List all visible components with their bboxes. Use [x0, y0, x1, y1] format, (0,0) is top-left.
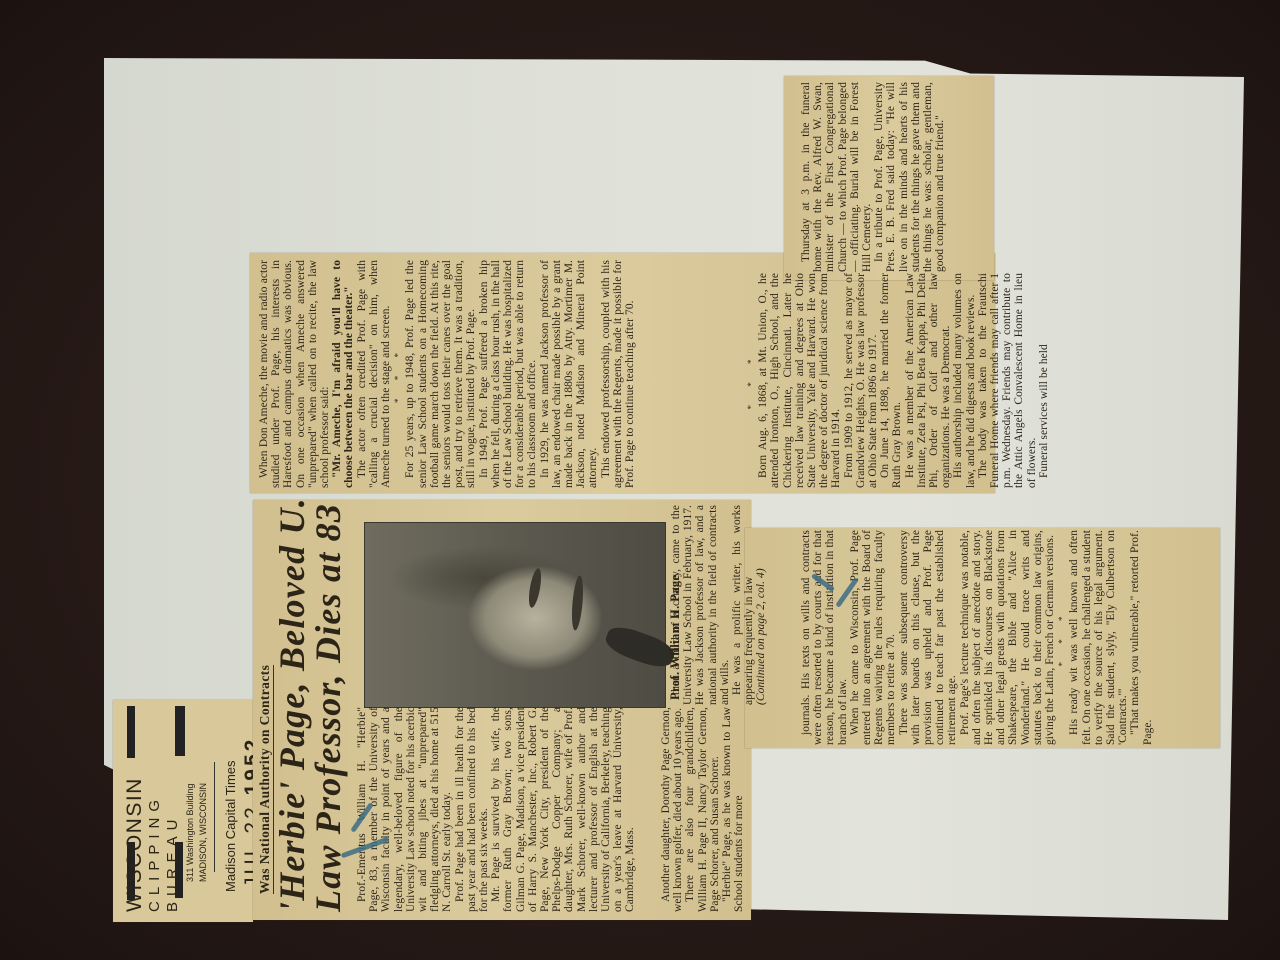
photo-shade: [570, 575, 585, 631]
photo-shade: [527, 567, 544, 608]
paragraph: "Mr. Ameche, I'm afraid you'll have to c…: [331, 260, 355, 488]
funeral-column: Thursday at 3 p.m. in the funeral home w…: [800, 82, 946, 272]
article-column-1: Prof.-Emeritus William H. "Herbie" Page,…: [356, 707, 637, 912]
paragraph: His authorship included many volumes on …: [952, 273, 976, 488]
paragraph: His ready wit was well known and often f…: [1068, 530, 1129, 745]
separator: * * *: [1056, 530, 1068, 745]
paragraph: There are also four grandchildren, Willi…: [684, 707, 721, 912]
paragraph: Prof. Page had been in ill health for th…: [454, 707, 491, 912]
paragraph: The body was taken to the Frautschi Fune…: [977, 273, 1038, 488]
paragraph: When Don Ameche, the movie and radio act…: [258, 260, 331, 488]
separator: * * *: [392, 260, 404, 488]
article-column-3: journals. His texts on wills and contrac…: [800, 530, 1154, 745]
paragraph: He was a member of the American Law Inst…: [904, 273, 953, 488]
paragraph: He was a prolific writer, his works appe…: [731, 505, 755, 705]
continued-note: (Continued on page 2, col. 4): [755, 505, 767, 705]
stamp-rule: [214, 762, 215, 872]
paragraph: On June 14, 1898, he married the former …: [879, 273, 903, 488]
upper-column-3: * * * Born Aug. 6, 1868, at Mt. Union, O…: [745, 273, 1050, 488]
separator: * * *: [745, 273, 757, 488]
paragraph: In 1949, Prof. Page suffered a broken hi…: [478, 260, 539, 488]
upper-column-1: When Don Ameche, the movie and radio act…: [258, 260, 636, 488]
paragraph: For 25 years, up to 1948, Prof. Page led…: [404, 260, 477, 488]
paragraph: In a tribute to Prof. Page, University P…: [873, 82, 946, 272]
paragraph: journals. His texts on wills and contrac…: [800, 530, 849, 745]
paragraph: Thursday at 3 p.m. in the funeral home w…: [800, 82, 873, 272]
paragraph: This endowed professorship, coupled with…: [600, 260, 637, 488]
headline-line-1: 'Herbie' Page, Beloved U. W.: [274, 504, 310, 912]
stamp-title: WISCONSIN: [124, 697, 146, 912]
paragraph: From 1909 to 1912, he served as mayor of…: [843, 273, 880, 488]
article-column-2: than a third of a century, came to the U…: [670, 505, 768, 705]
stamp-address-1: 311 Washington Building: [185, 697, 195, 912]
stamp-subtitle: CLIPPING BUREAU: [146, 697, 182, 912]
paragraph: There was some subsequent controversy wi…: [898, 530, 959, 745]
paragraph: In 1929, he was named Jackson professor …: [539, 260, 600, 488]
paragraph: "Herbie" Page, as he was known to Law Sc…: [721, 707, 745, 912]
stamp-newspaper: Madison Capital Times: [223, 697, 238, 892]
paragraph: Mr. Page is survived by his wife, the fo…: [490, 707, 636, 912]
paragraph: The actor often credited Prof. Page with…: [356, 260, 393, 488]
paragraph: When he came to Wisconsin, Prof. Page en…: [849, 530, 898, 745]
paragraph: Another daughter, Dorothy Page Gernon, w…: [660, 707, 684, 912]
paragraph: Prof. Page's lecture technique was notab…: [959, 530, 1057, 745]
portrait-photo: [364, 522, 666, 708]
stamp-text: WISCONSIN CLIPPING BUREAU 311 Washington…: [124, 697, 244, 912]
paragraph: Funeral services will be held: [1038, 273, 1050, 488]
paragraph: Born Aug. 6, 1868, at Mt. Union, O., he …: [757, 273, 842, 488]
headline-line-2: Law Professor, Dies at 83: [310, 504, 346, 912]
stamp-address-2: MADISON, WISCONSIN: [198, 697, 208, 912]
paragraph: than a third of a century, came to the U…: [670, 505, 731, 705]
paragraph: "That makes you vulnerable," retorted Pr…: [1129, 530, 1153, 745]
article-column-1-cont: Another daughter, Dorothy Page Gernon, w…: [660, 707, 745, 912]
